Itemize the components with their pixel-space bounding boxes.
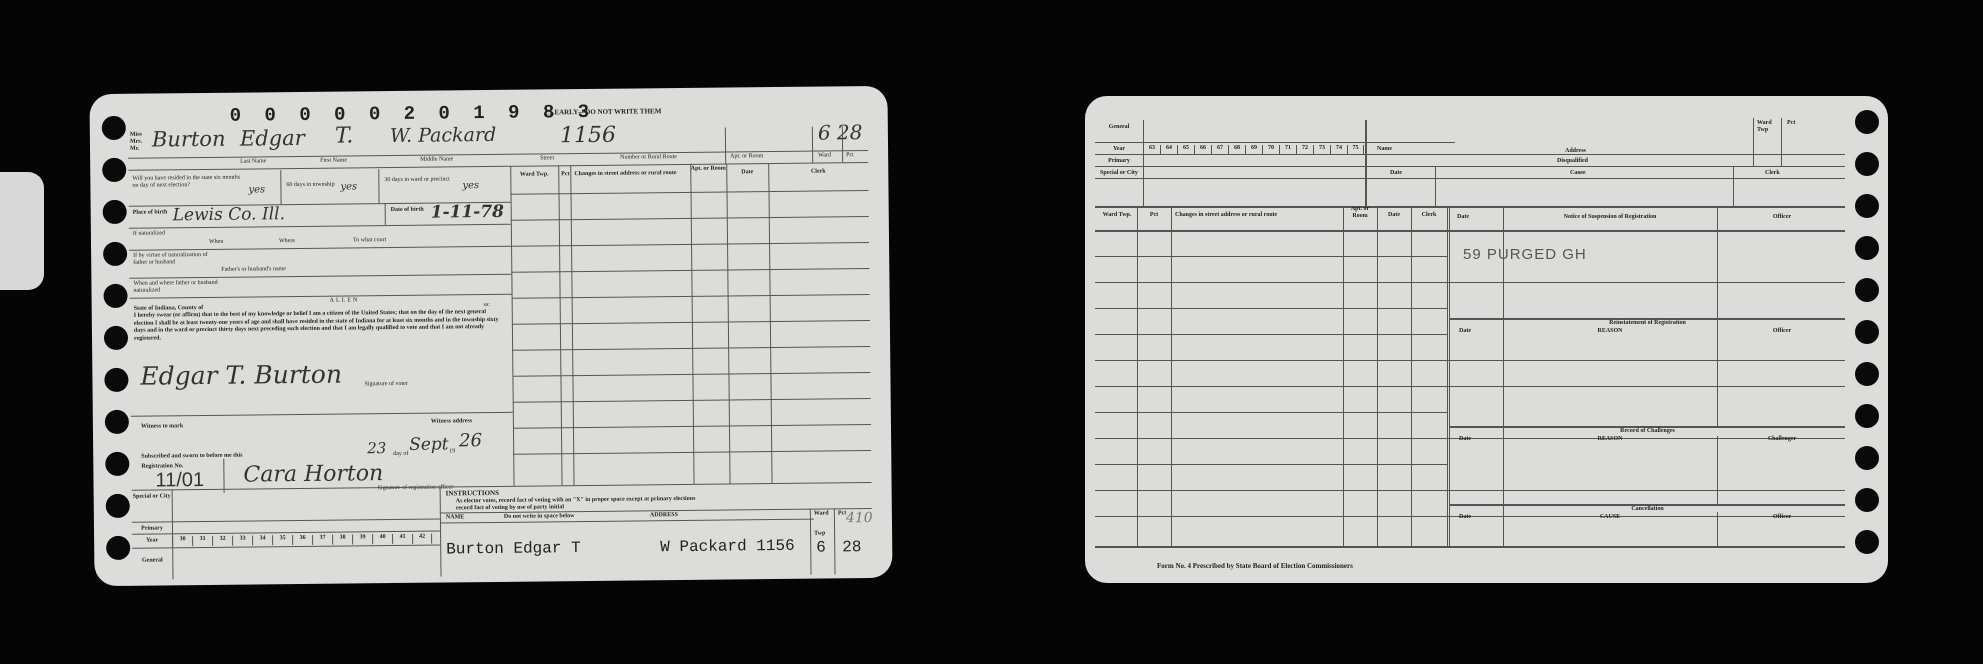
a-state-residency: yes	[248, 184, 265, 195]
year-cell: 42	[412, 534, 432, 544]
label-fathers-name: Father's or husband's name	[221, 266, 286, 274]
label-twp: Twp	[814, 531, 825, 538]
rule	[1095, 308, 1447, 309]
header-changes: Changes in street address or rural route	[574, 170, 690, 178]
header-ward-twp: Ward Twp.	[512, 171, 556, 178]
suspension-title: Notice of Suspension of Registration	[1505, 214, 1715, 221]
year-cell: 64	[1160, 145, 1177, 154]
header-clerk: Clerk	[1411, 212, 1447, 219]
pct-handwritten-note: 410	[846, 510, 873, 526]
instructions-text-1: As elector votes, record fact of voting …	[456, 496, 696, 505]
county: ALLEN	[330, 297, 360, 304]
label-if-naturalized: If naturalized	[133, 230, 183, 237]
label-where: Where	[279, 238, 295, 245]
year-cell: 33	[232, 536, 252, 546]
punch-hole	[1855, 530, 1879, 554]
punch-hole	[1855, 446, 1879, 470]
year-cell: 31	[192, 536, 212, 546]
grid-label-year: Year	[132, 537, 172, 544]
a-ward: yes	[462, 180, 479, 191]
year-cell: 66	[1194, 145, 1211, 154]
rule	[1753, 118, 1754, 166]
punch-hole	[1855, 488, 1879, 512]
punch-hole	[1855, 236, 1879, 260]
rule	[1095, 386, 1845, 387]
a-township: yes	[340, 181, 357, 192]
voter-registration-card-front: 0 0 0 0 0 2 0 1 9 8 3 CLEARLY—DO NOT WRI…	[89, 86, 892, 586]
instructions-title: INSTRUCTIONS	[446, 490, 499, 498]
year-cell: 67	[1211, 145, 1228, 154]
rule	[1343, 206, 1344, 546]
year-cell: 32	[212, 536, 232, 546]
year-cell: 40	[372, 534, 392, 544]
label-do-not-write: Do not write in space below	[504, 513, 575, 521]
cancellation-title: Cancellation	[1450, 506, 1845, 513]
header-pct: Pct	[558, 171, 572, 178]
rule	[1781, 118, 1782, 166]
q-state-residency: Will you have resided in the state six m…	[132, 175, 244, 190]
year-prefix: 19	[449, 448, 455, 455]
ward-precinct-handwritten: 6 28	[818, 120, 863, 144]
label-apt: Apt. or Room	[730, 153, 763, 160]
year-cell: 34	[252, 535, 272, 545]
cancellation-officer-header: Officer	[1719, 514, 1845, 521]
rule	[1143, 120, 1144, 206]
rule	[1095, 490, 1845, 491]
label-cause: Cause	[1570, 170, 1586, 177]
label-first-name: First Name	[320, 157, 347, 164]
label-voter-signature: Signature of voter	[364, 381, 407, 388]
label-witness-address: Witness address	[431, 418, 472, 425]
typed-name: Burton Edgar T	[446, 539, 581, 558]
rule	[385, 203, 386, 225]
rule	[1095, 334, 1447, 335]
typed-ward: 6	[816, 539, 826, 557]
punch-hole	[104, 368, 128, 392]
rule	[1377, 206, 1378, 546]
year-cell: 71	[1279, 145, 1296, 154]
year-cell: 30	[172, 536, 192, 546]
label-ss: ss:	[484, 302, 490, 309]
rule	[570, 165, 574, 485]
header-clerk: Clerk	[768, 168, 868, 176]
rule	[725, 128, 726, 164]
label-when-where-naturalized: When and where father or husband natural…	[133, 280, 233, 295]
salutation-labels: Miss Mrs. Mr.	[130, 132, 142, 153]
cancellation-date-header: Date	[1459, 514, 1471, 521]
grid-label-special: Special or City	[132, 493, 172, 500]
rule	[440, 519, 814, 524]
year-cell: 69	[1245, 145, 1262, 154]
subscribed-month: Sept	[409, 434, 449, 454]
label-ward: Ward	[818, 152, 831, 159]
year-cell: 38	[332, 534, 352, 544]
rule	[1733, 166, 1734, 206]
rule	[130, 294, 512, 299]
header-pct: Pct	[1137, 212, 1171, 219]
year-cell: 35	[272, 535, 292, 545]
rule	[812, 127, 813, 163]
year-cell: 65	[1177, 145, 1194, 154]
label-last-name: Last Name	[240, 158, 266, 165]
rule	[131, 412, 513, 417]
year-cell: 68	[1228, 145, 1245, 154]
header-changes: Changes in street address or rural route	[1175, 212, 1345, 219]
rule	[1137, 206, 1138, 546]
rule	[834, 508, 836, 574]
rule	[1095, 230, 1845, 232]
subscribed-day: 23	[367, 439, 386, 457]
rule	[1095, 206, 1845, 208]
oath-text: I hereby swear (or affirm) that to the b…	[134, 309, 504, 343]
grid-label-general: General	[132, 557, 172, 564]
punch-hole	[1855, 404, 1879, 428]
label-day-of: day of	[393, 451, 408, 458]
rule	[1095, 546, 1845, 548]
rule	[1717, 328, 1718, 428]
punch-hole	[102, 116, 126, 140]
grid-label-primary: Primary	[1095, 158, 1143, 165]
label-name: NAME	[446, 514, 464, 521]
registration-officer-signature: Cara Horton	[243, 461, 383, 487]
punch-hole	[1855, 278, 1879, 302]
rule	[1717, 436, 1718, 504]
header-date: Date	[1377, 212, 1411, 219]
rule	[1095, 256, 1447, 257]
rule	[1447, 206, 1450, 546]
q-ward: 30 days in ward or precinct	[384, 176, 454, 184]
punch-hole	[106, 536, 130, 560]
rule	[1095, 154, 1845, 155]
label-pct: Pct	[1787, 120, 1795, 127]
last-name-handwritten: Burton	[152, 127, 226, 152]
punch-hole	[106, 494, 130, 518]
street-handwritten: W. Packard	[390, 124, 497, 147]
typed-pct: 28	[842, 538, 861, 556]
punch-hole	[1855, 152, 1879, 176]
rule	[172, 489, 174, 579]
house-number-handwritten: 1156	[560, 123, 616, 149]
year-cell: 37	[312, 535, 332, 545]
year-cell: 63	[1143, 145, 1160, 154]
label-number: Number or Rural Route	[620, 154, 677, 161]
date-of-birth: 1-11-78	[431, 202, 504, 223]
rule	[223, 459, 224, 493]
rule	[768, 163, 772, 483]
rule	[1095, 360, 1845, 361]
challenges-challenger-header: Challenger	[1719, 436, 1845, 443]
reinstatement-officer-header: Officer	[1719, 328, 1845, 335]
label-ward: Ward	[814, 510, 829, 517]
label-subscribed: Subscribed and sworn to before me this	[141, 453, 242, 461]
label-witness-to-mark: Witness to mark	[141, 423, 183, 430]
year-cell: 36	[292, 535, 312, 545]
label-by-virtue: If by virtue of naturalization of father…	[133, 252, 215, 267]
cancellation-cause-header: CAUSE	[1505, 514, 1715, 521]
reinstatement-reason-header: REASON	[1505, 328, 1715, 335]
year-cell: 73	[1313, 145, 1330, 154]
label-when: When	[209, 239, 223, 246]
rule	[726, 164, 730, 484]
challenges-date-header: Date	[1459, 436, 1471, 443]
rule	[1503, 206, 1504, 546]
typed-address: W Packard 1156	[660, 537, 795, 556]
rule	[1365, 120, 1367, 206]
year-cell: 70	[1262, 145, 1279, 154]
label-date-of-birth: Date of birth	[391, 207, 425, 214]
rule	[1171, 206, 1172, 546]
label-name: Name	[1377, 146, 1392, 153]
suspension-date-header: Date	[1457, 214, 1469, 221]
rule	[378, 169, 379, 203]
grid-label-general: General	[1095, 124, 1143, 131]
rule	[1411, 206, 1412, 546]
punch-hole	[105, 410, 129, 434]
label-clerk: Clerk	[1765, 170, 1780, 177]
header-apt: Apt. or Room	[690, 166, 726, 173]
reinstatement-title: Reinstatement of Registration	[1450, 320, 1845, 327]
rule	[1095, 464, 1447, 465]
year-cell: 75	[1347, 145, 1364, 154]
punch-hole	[1855, 362, 1879, 386]
purged-stamp: 59 PURGED GH	[1463, 246, 1587, 263]
reinstatement-date-header: Date	[1459, 328, 1471, 335]
suspension-officer-header: Officer	[1719, 214, 1845, 221]
punch-hole	[103, 284, 127, 308]
rule	[558, 165, 562, 485]
header-date: Date	[726, 169, 768, 176]
middle-initial-handwritten: T.	[335, 123, 354, 148]
place-of-birth: Lewis Co. Ill.	[173, 204, 285, 225]
year-cell: 72	[1296, 145, 1313, 154]
label-ward-twp: Ward Twp	[1757, 120, 1781, 134]
rule	[280, 170, 281, 204]
punch-hole	[105, 452, 129, 476]
adjacent-card-edge	[0, 172, 44, 290]
label-place-of-birth: Place of birth	[133, 209, 173, 216]
label-court: To what court	[353, 237, 386, 244]
label-street: Street	[540, 155, 554, 162]
label-address: Address	[1565, 148, 1586, 155]
grid-label-year: Year	[1095, 146, 1143, 153]
year-cell: 41	[392, 534, 412, 544]
grid-label-primary: Primary	[132, 525, 172, 532]
punch-hole	[103, 200, 127, 224]
serial-number: 0 0 0 0 0 2 0 1 9 8 3	[230, 101, 596, 127]
challenges-title: Record of Challenges	[1450, 428, 1845, 435]
punch-hole	[1855, 110, 1879, 134]
form-footer: Form No. 4 Prescribed by State Board of …	[1157, 562, 1353, 570]
label-disqualified: Disqualified	[1557, 158, 1588, 165]
year-cell: 74	[1330, 145, 1347, 154]
label-middle-name: Middle Name	[420, 156, 453, 163]
rule	[129, 274, 511, 279]
grid-label-special: Special or City	[1095, 170, 1143, 177]
punch-hole	[1855, 320, 1879, 344]
rule	[1095, 282, 1845, 283]
header-ward-twp: Ward Twp.	[1097, 212, 1137, 219]
label-pct: Pct	[846, 152, 854, 159]
rule	[1095, 142, 1455, 143]
label-address: ADDRESS	[650, 512, 678, 519]
punch-hole	[102, 158, 126, 182]
subscribed-year: 26	[459, 430, 482, 451]
rule	[510, 166, 514, 486]
punch-hole	[103, 242, 127, 266]
rule	[1435, 166, 1436, 206]
challenges-reason-header: REASON	[1505, 436, 1715, 443]
rule	[1717, 512, 1718, 546]
year-cell: 39	[352, 534, 372, 544]
header-apt: Apt. or Room	[1343, 206, 1377, 220]
punch-hole	[1855, 194, 1879, 218]
year-row: 63 64 65 66 67 68 69 70 71 72 73 74 75	[1143, 145, 1364, 154]
rule	[440, 487, 442, 577]
punch-hole	[104, 326, 128, 350]
voter-registration-card-back: General Year Primary Special or City 63 …	[1085, 96, 1888, 583]
rule	[132, 519, 440, 523]
rule	[129, 246, 511, 251]
q-township: 60 days in township	[286, 182, 346, 190]
rule	[690, 164, 694, 484]
first-name-handwritten: Edgar	[240, 126, 305, 151]
rule	[1095, 412, 1447, 413]
label-date: Date	[1390, 170, 1402, 177]
header-instruction: CLEARLY—DO NOT WRITE THEM	[545, 108, 662, 116]
voter-signature: Edgar T. Burton	[140, 360, 342, 391]
